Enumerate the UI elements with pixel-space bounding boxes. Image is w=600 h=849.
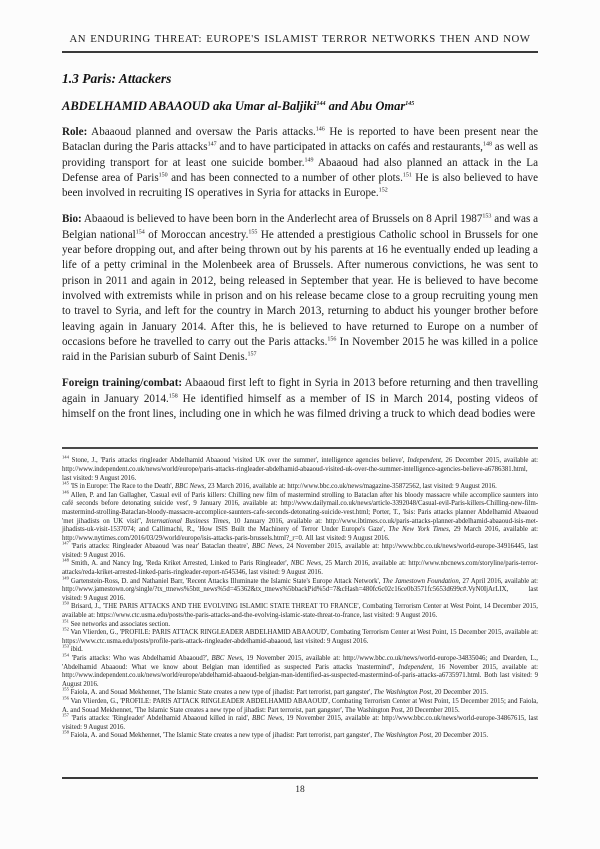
footnote: 144 Stone, J., 'Paris attacks ringleader… — [62, 457, 538, 483]
footnote-number: 151 — [62, 618, 69, 623]
footnote-reference: 152 — [379, 188, 388, 194]
footnote-number: 152 — [62, 627, 69, 632]
footnote-number: 158 — [62, 730, 69, 735]
report-page: AN ENDURING THREAT: EUROPE'S ISLAMIST TE… — [0, 0, 600, 849]
footnote-reference: 157 — [248, 351, 257, 357]
footnote: 150 Brisard, J., 'THE PARIS ATTACKS AND … — [62, 603, 538, 620]
footnote: 158 Faiola, A. and Souad Mekhennet, 'The… — [62, 732, 538, 741]
footnote: 149 Gartenstein-Ross, D. and Nathaniel B… — [62, 578, 538, 604]
profile-name-heading: ABDELHAMID ABAAOUD aka Umar al-Baljiki14… — [62, 99, 538, 114]
footnote-separator-rule — [62, 447, 538, 449]
running-header: AN ENDURING THREAT: EUROPE'S ISLAMIST TE… — [62, 33, 538, 53]
footnote: 155 Faiola, A. and Souad Mekhennet, 'The… — [62, 689, 538, 698]
footnote-reference: 156 — [327, 336, 336, 342]
footnote: 148 Smith, A. and Nancy Ing, 'Reda Krike… — [62, 560, 538, 577]
footnote-number: 149 — [62, 575, 69, 580]
footnote-number: 154 — [62, 653, 69, 658]
footnote: 147 'Paris attacks: Ringleader Abaaoud '… — [62, 543, 538, 560]
footnote: 153 ibid. — [62, 646, 538, 655]
footnote: 146 Allen, P. and Ian Gallagher, 'Casual… — [62, 492, 538, 544]
footnote-number: 150 — [62, 601, 69, 606]
footnote-number: 155 — [62, 687, 69, 692]
footnote-number: 156 — [62, 696, 69, 701]
footnotes: 144 Stone, J., 'Paris attacks ringleader… — [62, 457, 538, 741]
footnote-number: 145 — [62, 481, 69, 486]
footnote: 154 'Paris attacks: Who was Abdelhamid A… — [62, 655, 538, 689]
footnote-number: 147 — [62, 541, 69, 546]
footnote-reference: 147 — [208, 142, 217, 148]
footnote-reference: 158 — [169, 393, 178, 399]
footnote-number: 148 — [62, 558, 69, 563]
footnote: 152 Van Vlierden, G., 'PROFILE: PARIS AT… — [62, 629, 538, 646]
footnote: 156 Van Vlierden, G., 'PROFILE: PARIS AT… — [62, 698, 538, 715]
paragraph-role: Role: Abaaoud planned and oversaw the Pa… — [62, 125, 538, 201]
footnote-reference: 148 — [483, 142, 492, 148]
footnote: 151 See networks and associates section. — [62, 621, 538, 630]
page-number: 18 — [295, 785, 305, 795]
footnote-number: 157 — [62, 713, 69, 718]
footnote-reference: 154 — [136, 229, 145, 235]
footnote-reference: 145 — [405, 101, 414, 107]
section-heading: 1.3 Paris: Attackers — [62, 71, 538, 87]
footnote-number: 144 — [62, 455, 69, 460]
footnote: 145 'IS in Europe: The Race to the Death… — [62, 483, 538, 492]
footnote-reference: 151 — [403, 172, 412, 178]
footnote: 157 'Paris attacks: 'Ringleader' Abdelha… — [62, 715, 538, 732]
footnote-reference: 149 — [305, 157, 314, 163]
footnote-reference: 150 — [159, 172, 168, 178]
footnote-reference: 146 — [316, 126, 325, 132]
paragraph-bio: Bio: Abaaoud is believed to have been bo… — [62, 212, 538, 365]
footnote-number: 146 — [62, 489, 69, 494]
paragraph-foreign-training: Foreign training/combat: Abaaoud first l… — [62, 376, 538, 422]
footnote-number: 153 — [62, 644, 69, 649]
page-footer: 18 — [62, 777, 538, 797]
